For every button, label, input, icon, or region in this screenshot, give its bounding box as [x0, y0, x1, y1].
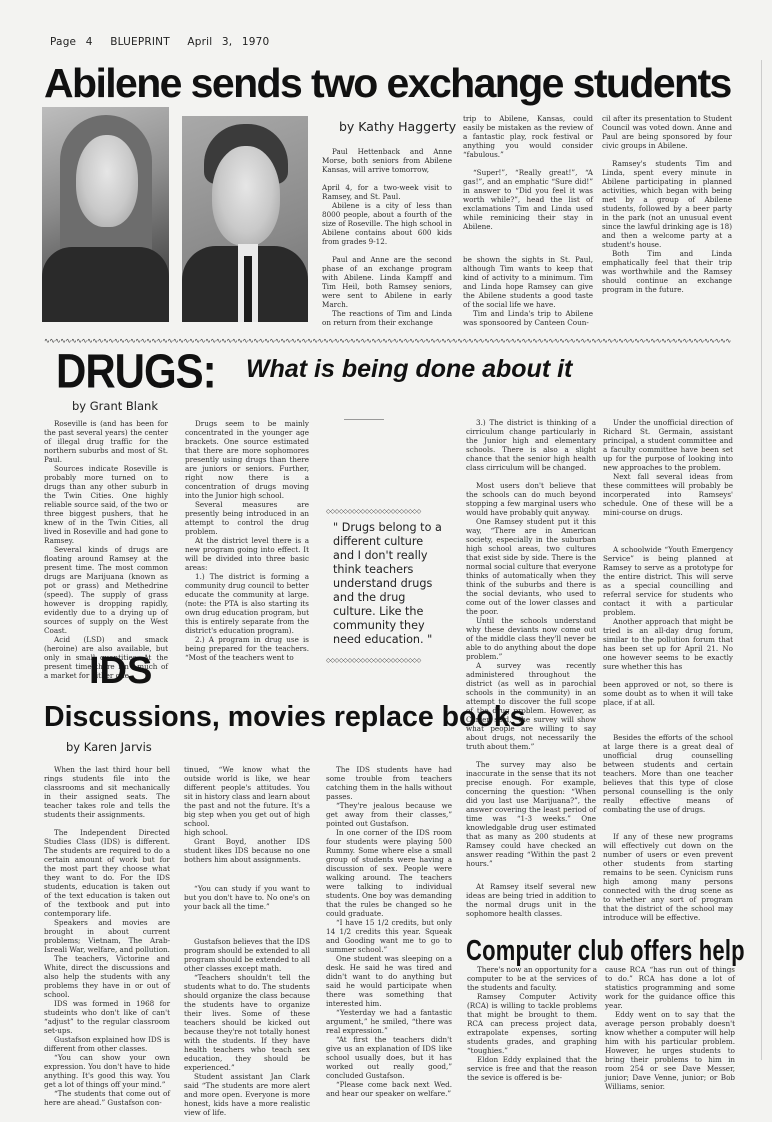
paragraph: be shown the sights in St. Paul, althoug… — [463, 255, 593, 309]
paragraph: There's now an opportunity for a compute… — [467, 965, 597, 992]
paragraph: Student assistant Jan Clark said “The st… — [184, 1072, 310, 1117]
paragraph: Both Tim and Linda emphatically feel tha… — [602, 249, 732, 294]
paragraph: Roseville is (and has been for the past … — [44, 419, 168, 464]
paragraph: Ramsey's students Tim and Linda, spent e… — [602, 159, 732, 249]
paragraph: Tim and Linda's trip to Abilene was spon… — [463, 309, 593, 327]
paragraph: 1.) The district is forming a community … — [185, 572, 309, 635]
paragraph: Eldon Eddy explained that the service is… — [467, 1055, 597, 1082]
ids-kicker: IDS — [89, 650, 152, 693]
paragraph: April 4, for a two-week visit to Ramsey,… — [322, 183, 452, 201]
paragraph: cil after its presentation to Student Co… — [602, 114, 732, 150]
paragraph: “The students that come out of here are … — [44, 1089, 170, 1107]
paragraph: Paul Hettenback and Anne Morse, both sen… — [322, 147, 452, 174]
diamond-rule-top: ◇◇◇◇◇◇◇◇◇◇◇◇◇◇◇◇◇◇◇◇◇◇ — [326, 508, 448, 515]
paragraph: cause RCA “has run out of things to do.”… — [605, 965, 735, 1010]
paragraph: At Ramsey itself several new ideas are b… — [466, 882, 596, 918]
photo-male-student — [182, 116, 308, 322]
drugs-col-4: Under the unofficial direction of Richar… — [603, 418, 733, 922]
paragraph: Most users don't believe that the school… — [466, 481, 596, 517]
paragraph: A schoolwide “Youth Emergency Service” i… — [603, 545, 733, 617]
paragraph: high school. — [184, 828, 310, 837]
paragraph: “You can study if you want to but you do… — [184, 884, 310, 911]
paragraph: Paul and Anne are the second phase of an… — [322, 255, 452, 309]
exchange-col-3: cil after its presentation to Student Co… — [602, 114, 732, 294]
computer-col-1: There's now an opportunity for a compute… — [467, 965, 597, 1082]
paragraph: Until the schools understand why these d… — [466, 616, 596, 661]
drugs-subheadline: What is being done about it — [246, 355, 572, 384]
paragraph: Sources indicate Roseville is probably m… — [44, 464, 168, 545]
paragraph: 2.) A program in drug use is being prepa… — [185, 635, 309, 662]
paragraph: The Independent Directed Studies Class (… — [44, 828, 170, 918]
computer-col-2: cause RCA “has run out of things to do.”… — [605, 965, 735, 1091]
ids-byline: by Karen Jarvis — [66, 740, 152, 754]
paragraph: The teachers, Victorine and White, direc… — [44, 954, 170, 999]
pull-quote: " Drugs belong to a different culture an… — [333, 521, 445, 647]
drugs-col-2: Drugs seem to be mainly concentrated in … — [185, 419, 309, 662]
paragraph: At the district level there is a new pro… — [185, 536, 309, 572]
paragraph: Ramsey Computer Activity (RCA) is willin… — [467, 992, 597, 1055]
page-folio: Page 4 BLUEPRINT April 3, 1970 — [50, 36, 277, 48]
paragraph: One Ramsey student put it this way, “The… — [466, 517, 596, 616]
paragraph: “Teachers shouldn't tell the students wh… — [184, 973, 310, 1072]
paragraph: “Please come back next Wed. and hear our… — [326, 1080, 452, 1098]
paragraph: Next fall several ideas from these commi… — [603, 472, 733, 517]
page-number: Page 4 — [50, 36, 93, 48]
paragraph: The IDS students have had some trouble f… — [326, 765, 452, 801]
drugs-byline: by Grant Blank — [72, 399, 158, 413]
paragraph: Speakers and movies are brought in about… — [44, 918, 170, 954]
paragraph: “At first the teachers didn't give us an… — [326, 1035, 452, 1080]
paragraph: “I have 15 1/2 credits, but only 14 1/2 … — [326, 918, 452, 954]
exchange-col-1: Paul Hettenback and Anne Morse, both sen… — [322, 147, 452, 327]
paragraph: Gustafson believes that the IDS program … — [184, 937, 310, 973]
drugs-col-1: Roseville is (and has been for the past … — [44, 419, 168, 680]
paragraph: “You can show your own expression. You d… — [44, 1053, 170, 1089]
publication-name: BLUEPRINT — [110, 36, 170, 48]
paragraph: Grant Boyd, another IDS student likes ID… — [184, 837, 310, 864]
page-edge-rule — [761, 60, 762, 1060]
exchange-col-2: trip to Abilene, Kansas, could easily be… — [463, 114, 593, 327]
paragraph: Several kinds of drugs are floating arou… — [44, 545, 168, 635]
issue-date: April 3, 1970 — [187, 36, 269, 48]
paragraph: If any of these new programs will effect… — [603, 832, 733, 922]
paragraph: The survey may also be inaccurate in the… — [466, 760, 596, 868]
paragraph: Drugs seem to be mainly concentrated in … — [185, 419, 309, 500]
necktie — [244, 256, 252, 322]
pull-quote-top-rule — [344, 419, 384, 420]
exchange-byline: by Kathy Haggerty — [339, 119, 456, 134]
ids-col-2: tinued, “We know what the outside world … — [184, 765, 310, 1117]
paragraph: “Yesterday we had a fantastic argument,”… — [326, 1008, 452, 1035]
paragraph: trip to Abilene, Kansas, could easily be… — [463, 114, 593, 159]
paragraph: “They're jealous because we get away fro… — [326, 801, 452, 828]
paragraph: IDS was formed in 1968 for studeints who… — [44, 999, 170, 1035]
exchange-headline: Abilene sends two exchange students — [44, 60, 731, 106]
diamond-rule-bottom: ◇◇◇◇◇◇◇◇◇◇◇◇◇◇◇◇◇◇◇◇◇◇ — [326, 657, 448, 664]
paragraph: Abilene is a city of less than 8000 peop… — [322, 201, 452, 246]
paragraph: Besides the efforts of the school at lar… — [603, 733, 733, 814]
paragraph: The reactions of Tim and Linda on return… — [322, 309, 452, 327]
photo-female-student — [42, 107, 169, 322]
paragraph: Under the unofficial direction of Richar… — [603, 418, 733, 472]
paragraph: Eddy went on to say that the average per… — [605, 1010, 735, 1091]
paragraph: One student was sleeping on a desk. He s… — [326, 954, 452, 1008]
paragraph: tinued, “We know what the outside world … — [184, 765, 310, 828]
ids-headline: Discussions, movies replace books — [44, 701, 526, 734]
drugs-headline: DRUGS: — [56, 344, 216, 399]
computer-club-headline: Computer club offers help — [466, 934, 745, 968]
paragraph: Another approach that might be tried is … — [603, 617, 733, 671]
paragraph: Gustafson explained how IDS is different… — [44, 1035, 170, 1053]
paragraph: been approved or not, so there is some d… — [603, 680, 733, 707]
paragraph: 3.) The district is thinking of a cirric… — [466, 418, 596, 472]
paragraph: “Super!”, “Really great!”, “A gas!”, and… — [463, 168, 593, 231]
ids-col-1: When the last third hour bell rings stud… — [44, 765, 170, 1107]
paragraph: In one corner of the IDS room four stude… — [326, 828, 452, 918]
paragraph: Several measures are presently being int… — [185, 500, 309, 536]
drugs-col-3: 3.) The district is thinking of a cirric… — [466, 418, 596, 918]
ids-col-3: The IDS students have had some trouble f… — [326, 765, 452, 1098]
paragraph: When the last third hour bell rings stud… — [44, 765, 170, 819]
